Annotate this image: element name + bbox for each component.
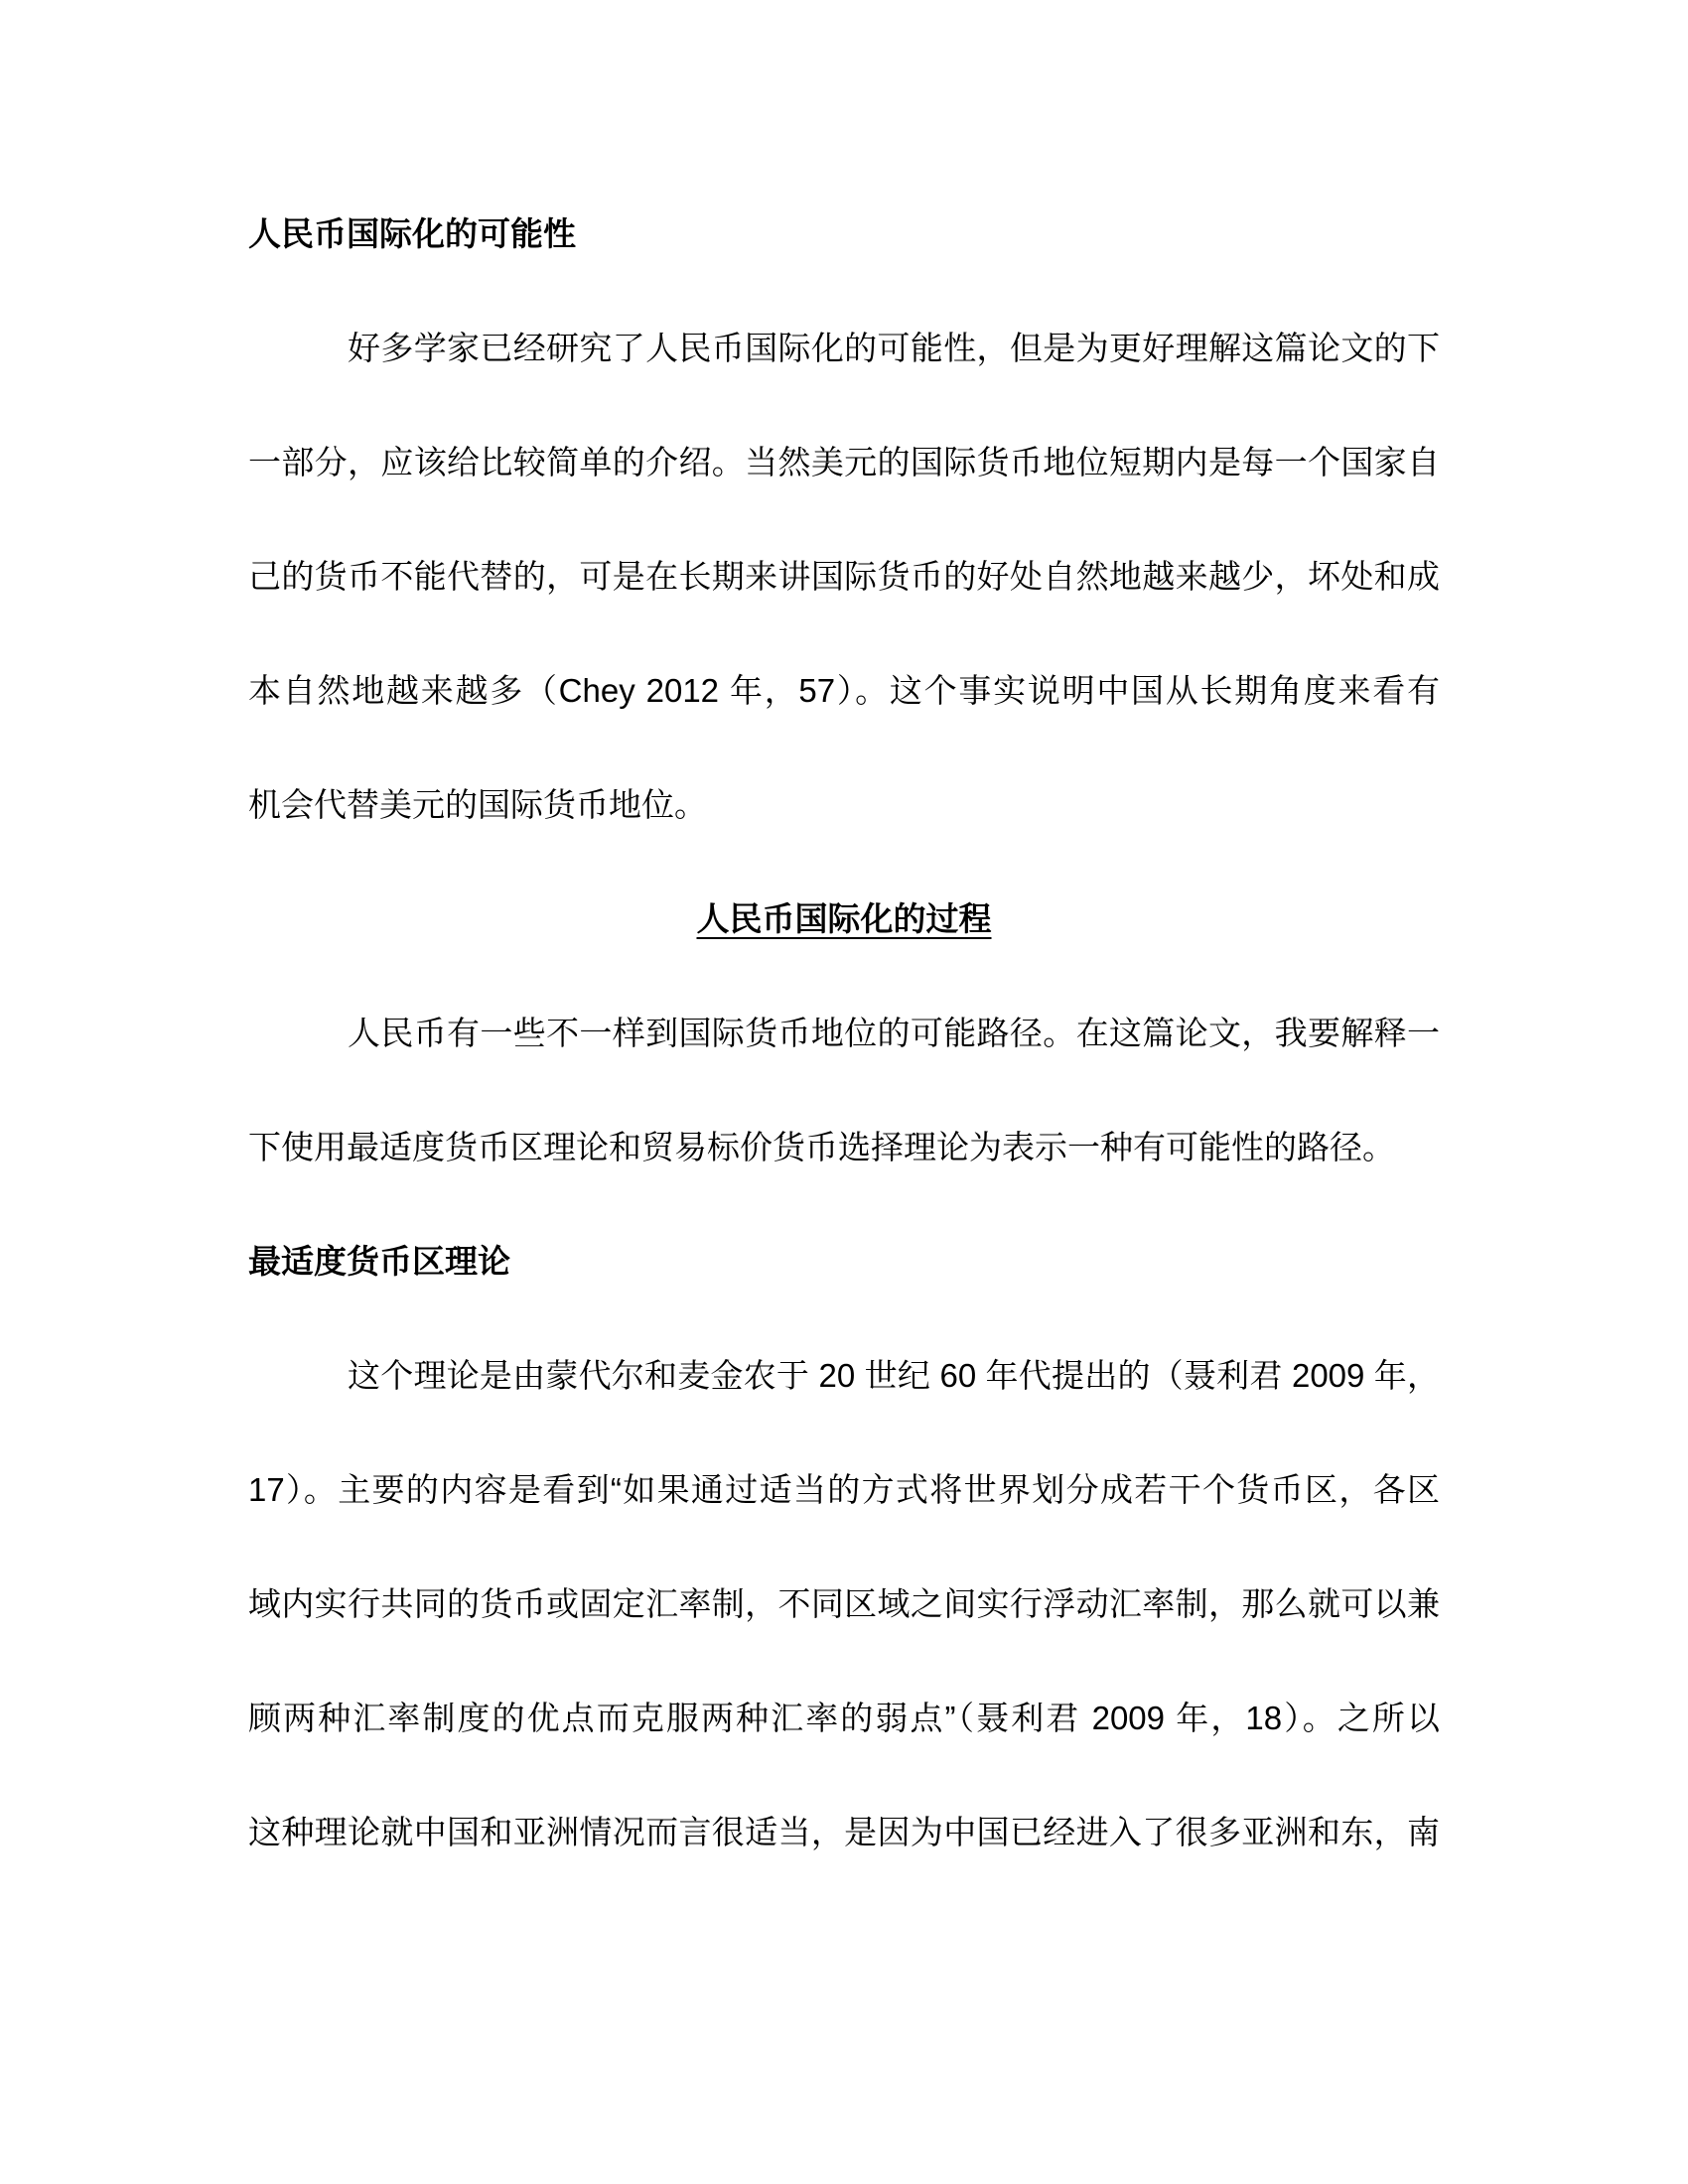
paragraph3-line-2: 17）。主要的内容是看到“如果通过适当的方式将世界划分成若干个货币区，各区 <box>248 1433 1440 1547</box>
paragraph1-line-2: 一部分，应该给比较简单的介绍。当然美元的国际货币地位短期内是每一个国家自 <box>248 405 1440 519</box>
document-content: 人民币国际化的可能性 好多学家已经研究了人民币国际化的可能性，但是为更好理解这篇… <box>248 177 1440 1889</box>
section-heading-process: 人民币国际化的过程 <box>248 862 1440 976</box>
paragraph2-line-1: 人民币有一些不一样到国际货币地位的可能路径。在这篇论文，我要解释一 <box>348 976 1440 1090</box>
paragraph3-line-1: 这个理论是由蒙代尔和麦金农于 20 世纪 60 年代提出的（聂利君 2009 年… <box>348 1318 1440 1433</box>
document-page: 人民币国际化的可能性 好多学家已经研究了人民币国际化的可能性，但是为更好理解这篇… <box>0 0 1688 2184</box>
paragraph2-line-2: 下使用最适度货币区理论和贸易标价货币选择理论为表示一种有可能性的路径。 <box>248 1090 1440 1204</box>
paragraph1-line-3: 己的货币不能代替的，可是在长期来讲国际货币的好处自然地越来越少，坏处和成 <box>248 519 1440 633</box>
section-heading-possibility: 人民币国际化的可能性 <box>248 177 1440 291</box>
paragraph3-line-5: 这种理论就中国和亚洲情况而言很适当，是因为中国已经进入了很多亚洲和东，南 <box>248 1775 1440 1889</box>
paragraph3-line-4: 顾两种汇率制度的优点而克服两种汇率的弱点”（聂利君 2009 年，18）。之所以 <box>248 1661 1440 1775</box>
paragraph1-line-1: 好多学家已经研究了人民币国际化的可能性，但是为更好理解这篇论文的下 <box>348 291 1440 405</box>
paragraph1-line-4: 本自然地越来越多（Chey 2012 年，57）。这个事实说明中国从长期角度来看… <box>248 633 1440 748</box>
paragraph1-line-5: 机会代替美元的国际货币地位。 <box>248 748 1440 862</box>
paragraph3-line-3: 域内实行共同的货币或固定汇率制，不同区域之间实行浮动汇率制，那么就可以兼 <box>248 1547 1440 1661</box>
section-heading-optimum-currency-area: 最适度货币区理论 <box>248 1204 1440 1318</box>
